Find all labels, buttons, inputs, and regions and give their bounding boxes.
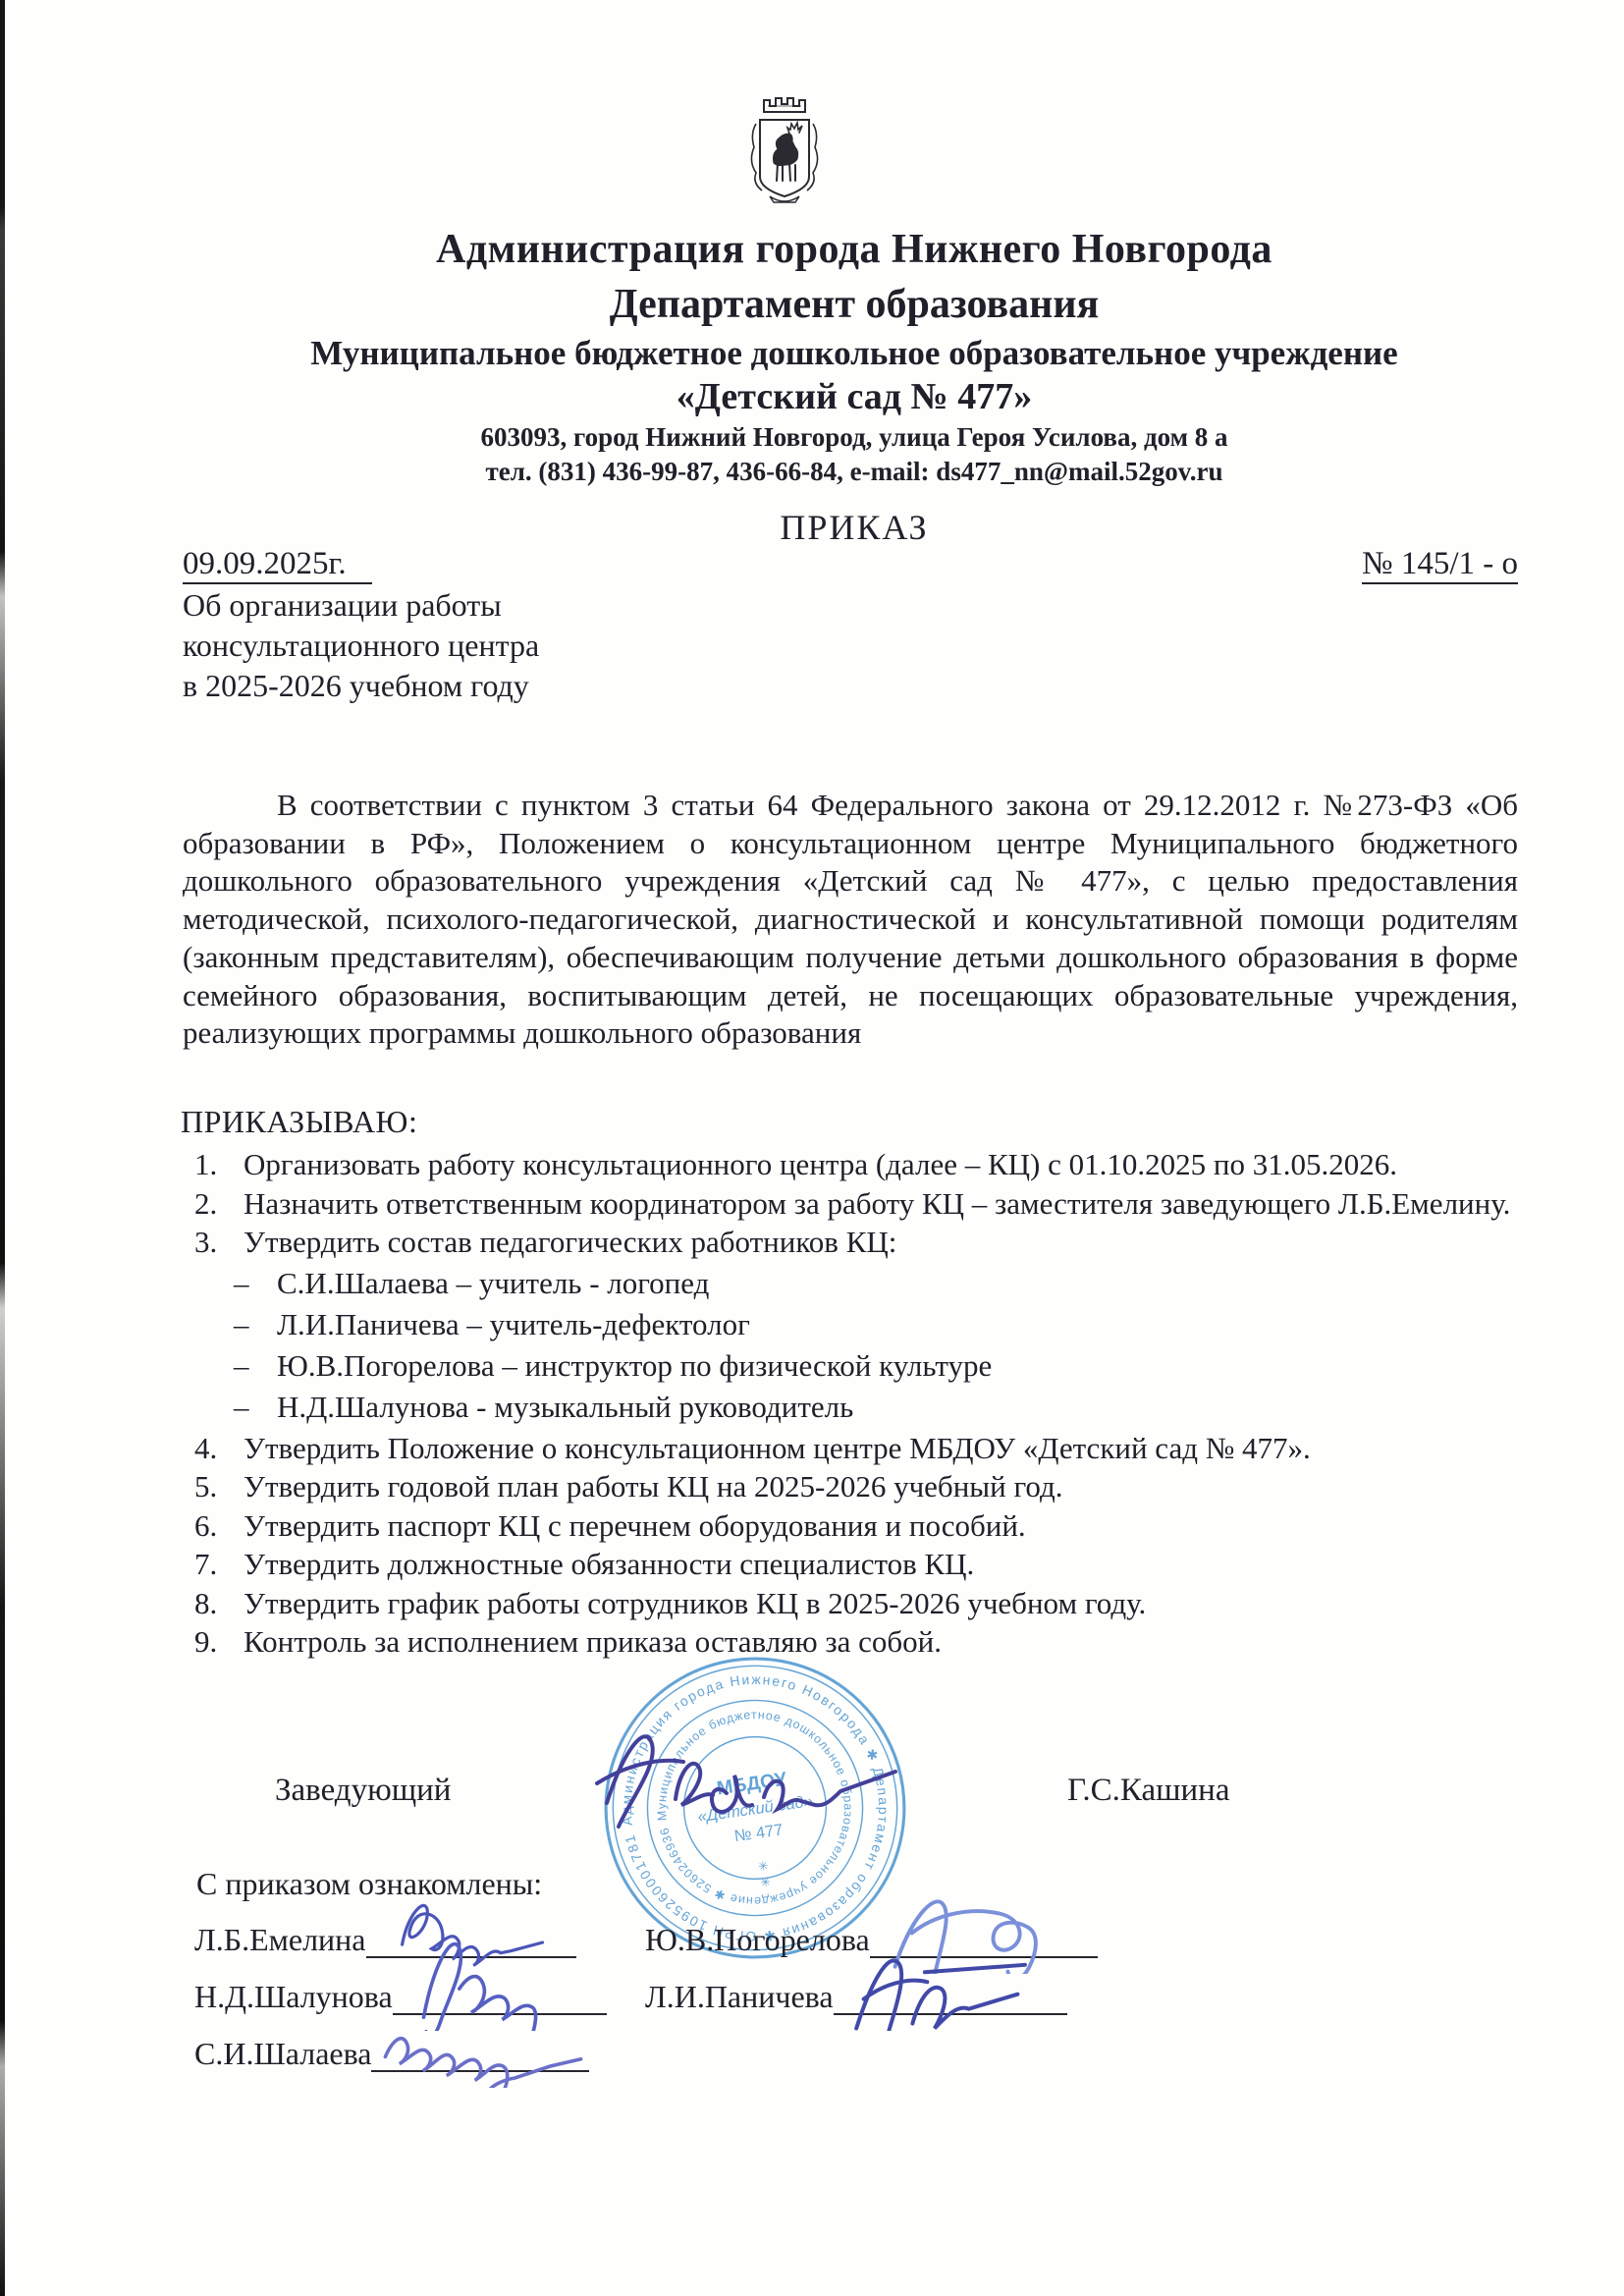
director-signature bbox=[585, 1705, 909, 1872]
item-text: Утвердить график работы сотрудников КЦ в… bbox=[244, 1584, 1522, 1623]
org-address: 603093, город Нижний Новгород, улица Гер… bbox=[183, 422, 1526, 453]
staff-text: Ю.В.Погорелова – инструктор по физическо… bbox=[277, 1345, 992, 1387]
item-number: 3. bbox=[183, 1223, 244, 1262]
subject-line: консультационного центра bbox=[183, 626, 539, 666]
order-item-5: 5. Утвердить годовой план работы КЦ на 2… bbox=[183, 1467, 1522, 1506]
order-item-4: 4. Утвердить Положение о консультационно… bbox=[183, 1429, 1522, 1468]
svg-text:✳: ✳ bbox=[760, 1875, 772, 1889]
ack-panicheva: Л.И.Паничева bbox=[645, 1974, 1067, 2035]
item-number: 4. bbox=[183, 1429, 244, 1468]
panicheva-signature bbox=[834, 1921, 1067, 2031]
item-text: Утвердить Положение о консультационном ц… bbox=[244, 1429, 1522, 1468]
document-subject: Об организации работы консультационного … bbox=[183, 585, 539, 706]
signer-position: Заведующий bbox=[275, 1773, 451, 1809]
signature-line bbox=[834, 1974, 1067, 2015]
ack-name: Л.Б.Емелина bbox=[194, 1922, 366, 1958]
org-line-administration: Администрация города Нижнего Новгорода bbox=[183, 226, 1526, 273]
item-text: Утвердить годовой план работы КЦ на 2025… bbox=[244, 1467, 1522, 1506]
staff-item: – Ю.В.Погорелова – инструктор по физичес… bbox=[234, 1345, 1522, 1387]
org-contacts: тел. (831) 436-99-87, 436-66-84, e-mail:… bbox=[183, 457, 1526, 487]
dash-bullet: – bbox=[234, 1387, 277, 1428]
order-item-2: 2. Назначить ответственным координатором… bbox=[183, 1184, 1522, 1224]
ack-shalaeva: С.И.Шалаева bbox=[194, 2031, 589, 2092]
order-items-list: 1. Организовать работу консультационного… bbox=[183, 1145, 1522, 1662]
order-item-8: 8. Утвердить график работы сотрудников К… bbox=[183, 1584, 1522, 1623]
org-line-department: Департамент образования bbox=[183, 281, 1526, 328]
decree-word: ПРИКАЗЫВАЮ: bbox=[181, 1104, 417, 1140]
nizhny-novgorod-coat-of-arms bbox=[744, 90, 825, 214]
dash-bullet: – bbox=[234, 1263, 277, 1304]
item-number: 5. bbox=[183, 1467, 244, 1506]
item-number: 1. bbox=[183, 1145, 244, 1184]
item-text: Утвердить состав педагогических работник… bbox=[244, 1223, 1522, 1262]
item-text: Назначить ответственным координатором за… bbox=[244, 1184, 1522, 1224]
shalaeva-signature bbox=[371, 1986, 589, 2088]
staff-text: С.И.Шалаева – учитель - логопед bbox=[277, 1263, 709, 1304]
item-number: 8. bbox=[183, 1584, 244, 1623]
scanned-order-document: Администрация города Нижнего Новгорода Д… bbox=[0, 0, 1624, 2296]
item-text: Организовать работу консультационного це… bbox=[244, 1145, 1522, 1184]
scan-edge-artifact bbox=[0, 0, 5, 2296]
dash-bullet: – bbox=[234, 1345, 277, 1387]
preamble-paragraph: В соответствии с пунктом 3 статьи 64 Фед… bbox=[183, 787, 1518, 1053]
item-number: 6. bbox=[183, 1506, 244, 1546]
order-item-1: 1. Организовать работу консультационного… bbox=[183, 1145, 1522, 1184]
order-item-7: 7. Утвердить должностные обязанности спе… bbox=[183, 1545, 1522, 1584]
staff-text: Н.Д.Шалунова - музыкальный руководитель bbox=[277, 1387, 853, 1428]
dash-bullet: – bbox=[234, 1304, 277, 1345]
signature-line bbox=[371, 2031, 589, 2072]
staff-sublist: – С.И.Шалаева – учитель - логопед – Л.И.… bbox=[234, 1263, 1522, 1428]
item-text: Утвердить должностные обязанности специа… bbox=[244, 1545, 1522, 1584]
org-line-institution-type: Муниципальное бюджетное дошкольное образ… bbox=[183, 334, 1526, 373]
ack-name: Л.И.Паничева bbox=[645, 1979, 834, 2015]
subject-line: в 2025-2026 учебном году bbox=[183, 666, 539, 706]
staff-text: Л.И.Паничева – учитель-дефектолог bbox=[277, 1304, 750, 1345]
item-number: 2. bbox=[183, 1184, 244, 1224]
ack-name: Н.Д.Шалунова bbox=[194, 1979, 393, 2015]
staff-item: – Н.Д.Шалунова - музыкальный руководител… bbox=[234, 1387, 1522, 1428]
signer-name: Г.С.Кашина bbox=[1067, 1773, 1229, 1809]
ack-name: С.И.Шалаева bbox=[194, 2036, 371, 2072]
item-number: 7. bbox=[183, 1545, 244, 1584]
document-date: 09.09.2025г. bbox=[183, 546, 372, 584]
item-number: 9. bbox=[183, 1622, 244, 1662]
order-item-3: 3. Утвердить состав педагогических работ… bbox=[183, 1223, 1522, 1262]
document-type-title: ПРИКАЗ bbox=[183, 507, 1526, 548]
staff-item: – С.И.Шалаева – учитель - логопед bbox=[234, 1263, 1522, 1304]
staff-item: – Л.И.Паничева – учитель-дефектолог bbox=[234, 1304, 1522, 1345]
item-text: Утвердить паспорт КЦ с перечнем оборудов… bbox=[244, 1506, 1522, 1546]
document-meta-row: 09.09.2025г. № 145/1 - о bbox=[183, 546, 1518, 584]
order-item-6: 6. Утвердить паспорт КЦ с перечнем обору… bbox=[183, 1506, 1522, 1546]
org-name: «Детский сад № 477» bbox=[183, 375, 1526, 418]
document-number: № 145/1 - о bbox=[1362, 546, 1518, 584]
subject-line: Об организации работы bbox=[183, 585, 539, 626]
